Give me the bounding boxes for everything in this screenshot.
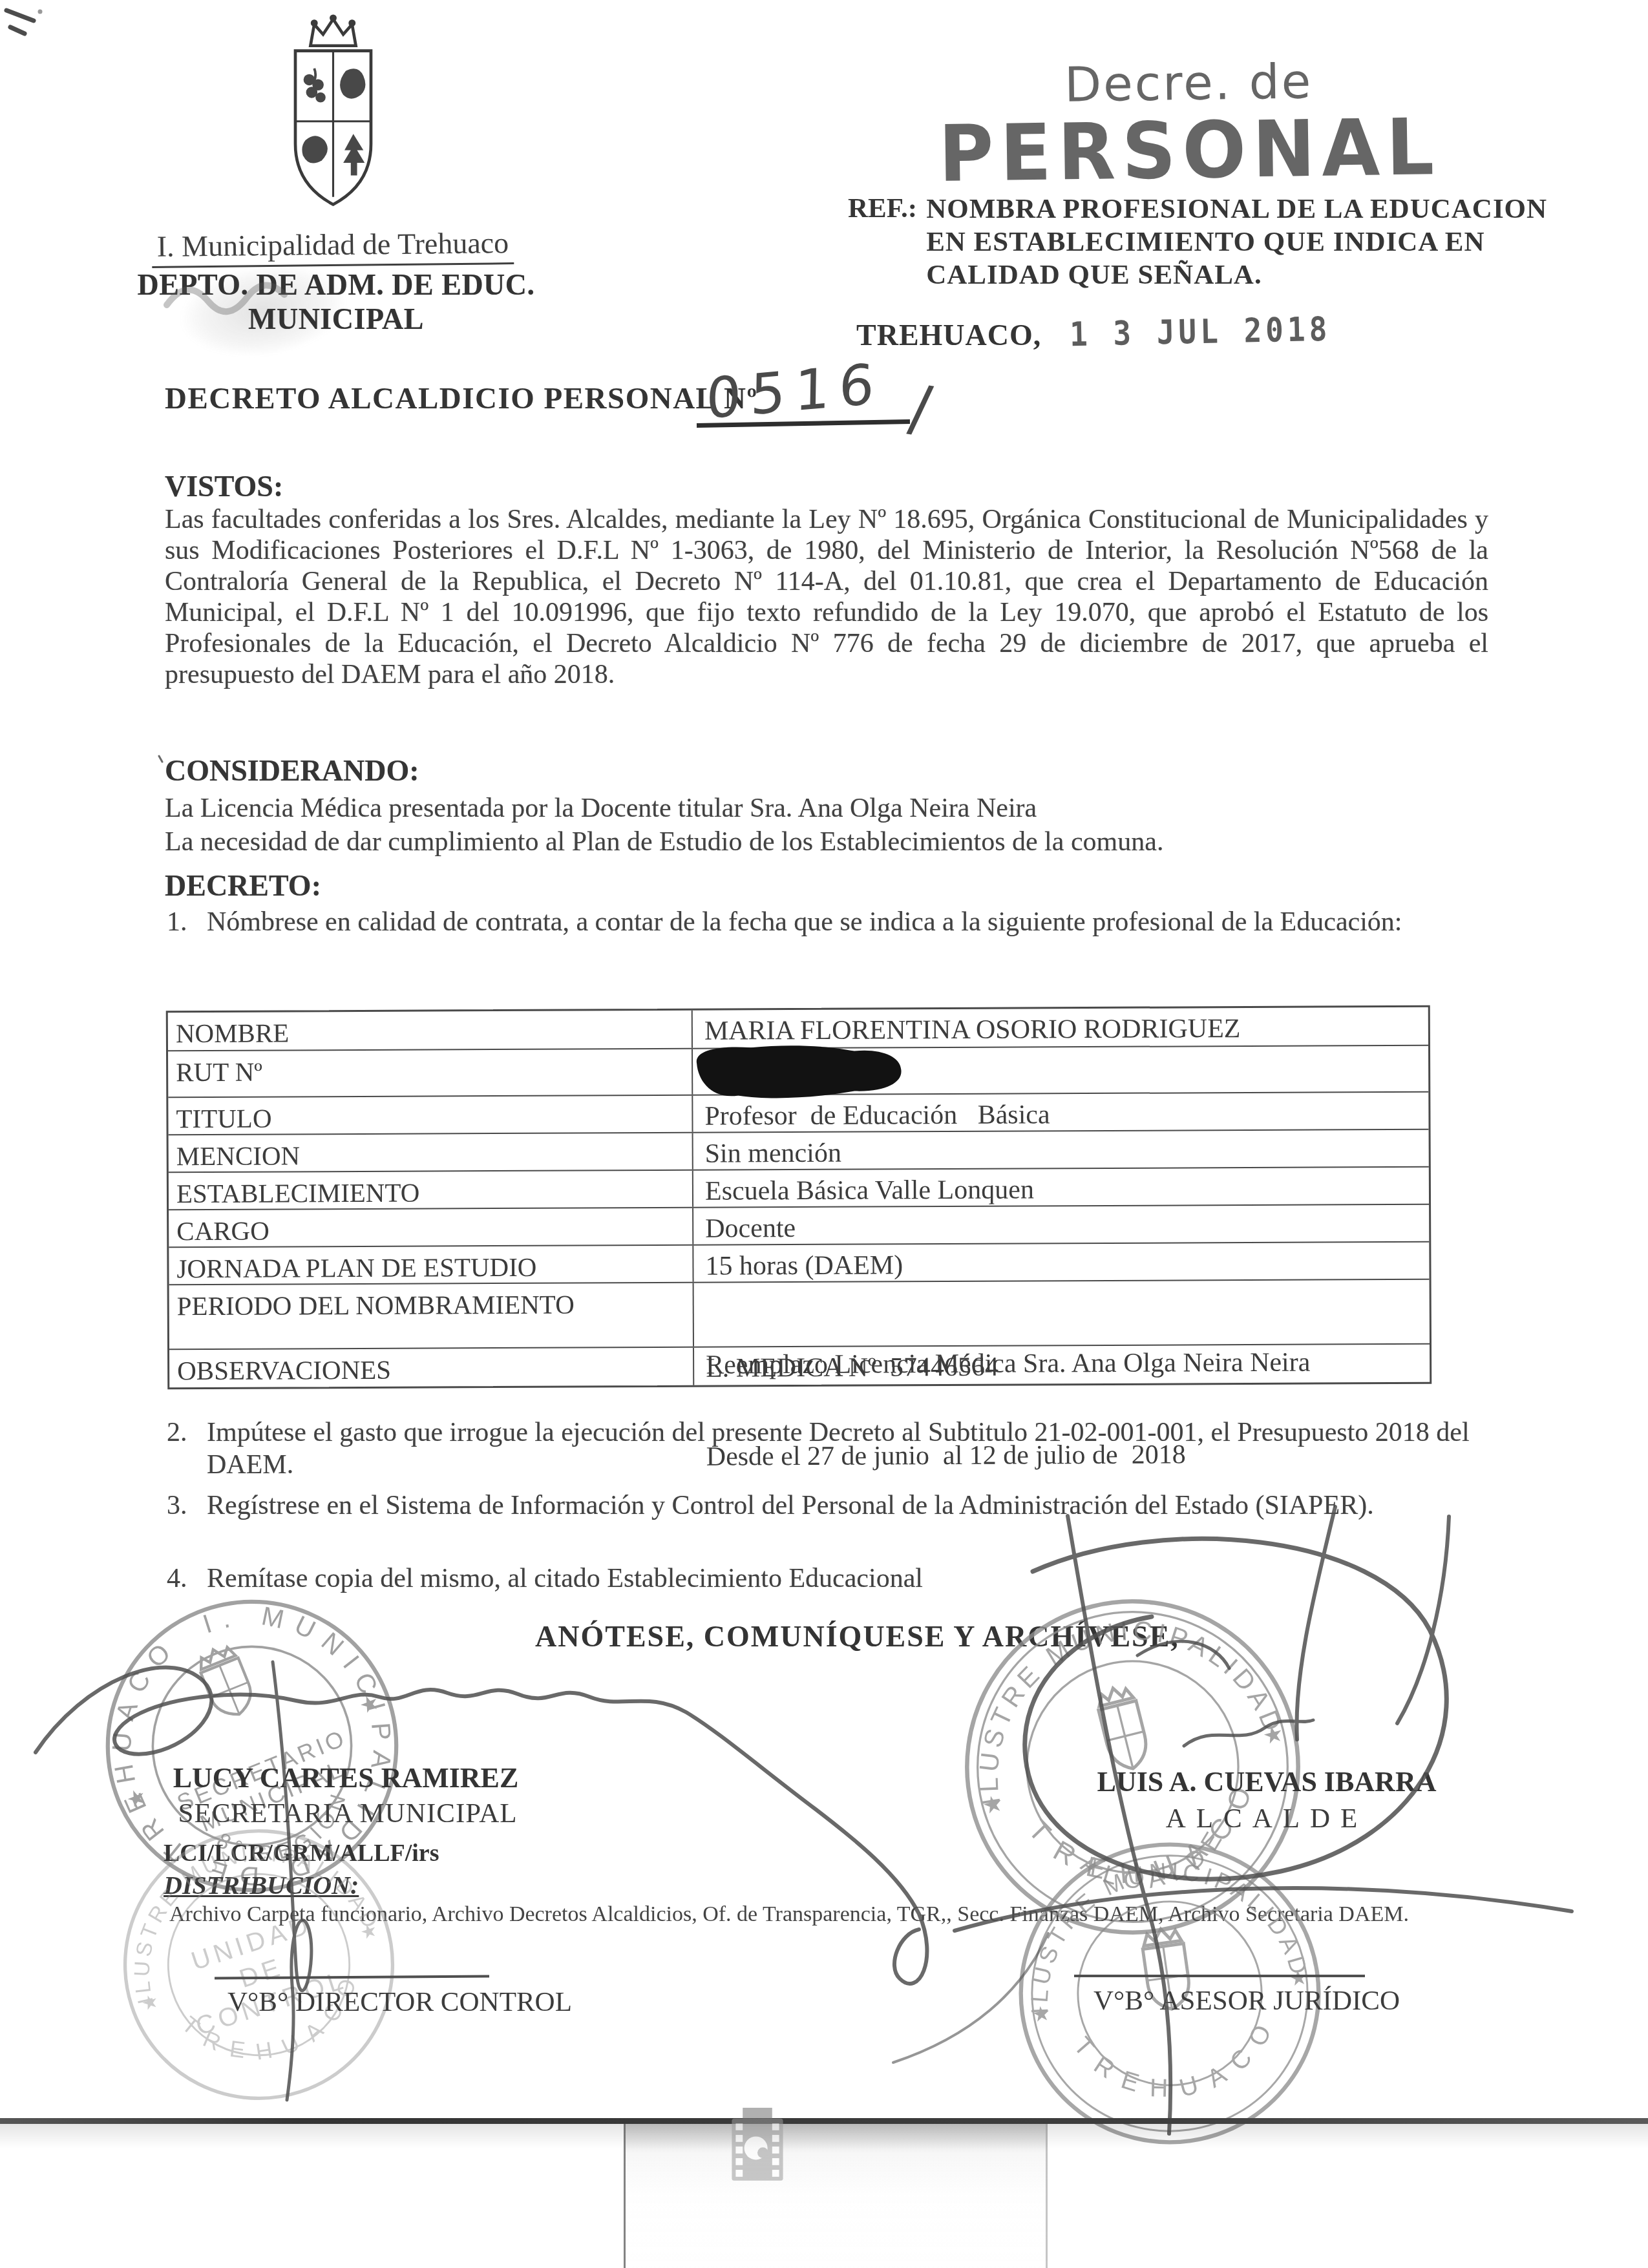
stamp-shield-icon xyxy=(195,1642,258,1722)
row-label: TITULO xyxy=(168,1096,693,1135)
scan-edge-band xyxy=(0,2118,1648,2124)
flourish-arc xyxy=(893,1933,1048,2063)
decreto-item-4: 4. Remítase copia del mismo, al citado E… xyxy=(167,1562,1488,1595)
alcalde-title: ALCALDE xyxy=(1057,1803,1477,1834)
item-number: 3. xyxy=(167,1489,207,1522)
decreto-heading: DECRETO: xyxy=(165,868,321,903)
table-row: ESTABLECIMIENTOEscuela Básica Valle Lonq… xyxy=(169,1166,1429,1210)
vistos-body: Las facultades conferidas a los Sres. Al… xyxy=(165,504,1488,690)
stamp-star-icon: ★ xyxy=(980,1790,1006,1820)
item-number: 4. xyxy=(167,1562,207,1595)
row-label: MENCION xyxy=(169,1133,693,1172)
decreto-item-3: 3. Regístrese en el Sistema de Informaci… xyxy=(167,1489,1488,1522)
vistos-heading: VISTOS: xyxy=(165,469,283,503)
scan-column-artifact xyxy=(624,2124,1048,2268)
stamp-star-icon: ★ xyxy=(1031,2001,1052,2027)
ref-line: NOMBRA PROFESIONAL DE LA EDUCACION xyxy=(926,193,1547,226)
scanned-decree-page: I. Municipalidad de Trehuaco DEPTO. DE A… xyxy=(0,0,1648,2268)
clerk-initials: LCI/LCR/GRM/ALLF/irs xyxy=(164,1839,439,1867)
distribution-list: Archivo Carpeta funcionario, Archivo Dec… xyxy=(169,1902,1409,1927)
table-row: JORNADA PLAN DE ESTUDIO15 horas (DAEM) xyxy=(169,1241,1429,1285)
item-text: Impútese el gasto que irrogue la ejecuci… xyxy=(207,1416,1488,1481)
table-row: CARGODocente xyxy=(169,1204,1429,1247)
stamp-star-icon: ★ xyxy=(1260,1720,1286,1750)
closing-formula: ANÓTESE, COMUNÍQUESE Y ARCHÍVESE, xyxy=(535,1619,1179,1654)
table-row: OBSERVACIONESL. MEDICA Nº 57446564 xyxy=(169,1343,1430,1388)
row-value xyxy=(693,1046,1428,1095)
vb-control-label: V°B° DIRECTOR CONTROL xyxy=(227,1986,572,2018)
row-value: Docente xyxy=(693,1205,1429,1244)
vb-control-line xyxy=(215,1975,489,1980)
row-label: RUT Nº xyxy=(168,1049,693,1097)
municipality-name-text: I. Municipalidad de Trehuaco xyxy=(152,226,514,268)
row-value: Profesor de Educación Básica xyxy=(693,1093,1428,1132)
row-label: JORNADA PLAN DE ESTUDIO xyxy=(169,1246,693,1285)
table-row: RUT Nº xyxy=(168,1045,1428,1097)
personal-type-stamp: Decre. de PERSONAL xyxy=(936,52,1442,198)
ref-line: CALIDAD QUE SEÑALA. xyxy=(926,258,1547,291)
row-value: L. MEDICA Nº 57446564 xyxy=(694,1345,1430,1385)
table-row: PERIODO DEL NOMBRAMIENTO Reemplazo Licen… xyxy=(169,1279,1430,1349)
row-label: CARGO xyxy=(169,1208,693,1247)
distribution-label: DISTRIBUCION: xyxy=(164,1870,359,1900)
vb-juridico-label: V°B° ASESOR JURÍDICO xyxy=(1093,1985,1400,2017)
table-row: TITULOProfesor de Educación Básica xyxy=(168,1091,1428,1135)
stamp-coat-of-arms-icon xyxy=(1094,1684,1152,1774)
row-value: Escuela Básica Valle Lonquen xyxy=(693,1168,1429,1207)
appointment-table: NOMBREMARIA FLORENTINA OSORIO RODRIGUEZ … xyxy=(166,1005,1432,1390)
row-label: NOMBRE xyxy=(168,1011,693,1051)
item-text: Nómbrese en calidad de contrata, a conta… xyxy=(207,906,1488,938)
unidad-control-stamp: ILUSTRE MUNICIPALIDAD TREHUACO UNIDAD DE… xyxy=(78,1783,440,2146)
decreto-item-2: 2. Impútese el gasto que irrogue la ejec… xyxy=(167,1416,1488,1481)
department-name: DEPTO. DE ADM. DE EDUC. MUNICIPAL xyxy=(90,268,582,336)
secretaria-name: LUCY CARTES RAMIREZ xyxy=(165,1761,527,1794)
vb-juridico-line xyxy=(1074,1975,1365,1977)
stamp-star-icon: ★ xyxy=(139,1991,162,2015)
alcalde-signature-stroke xyxy=(1397,1517,1449,1723)
item-text: Remítase copia del mismo, al citado Esta… xyxy=(207,1562,1488,1595)
stamp-star-icon: ★ xyxy=(123,1784,151,1814)
alcalde-signature-stroke xyxy=(1296,1507,1335,1739)
scan-specks xyxy=(0,0,103,78)
secretaria-title: SECRETARIA MUNICIPAL xyxy=(173,1798,522,1829)
decreto-item-1: 1. Nómbrese en calidad de contrata, a co… xyxy=(167,906,1488,938)
municipal-coat-of-arms xyxy=(270,8,396,222)
ref-block: REF.: NOMBRA PROFESIONAL DE LA EDUCACION… xyxy=(848,193,1547,291)
row-value: Sin mención xyxy=(693,1130,1429,1170)
row-label: ESTABLECIMIENTO xyxy=(169,1171,693,1210)
stamp-star-icon: ★ xyxy=(356,1690,383,1719)
table-row: MENCIONSin mención xyxy=(169,1129,1429,1172)
item-number: 2. xyxy=(167,1416,207,1481)
row-value: Reemplazo Licencia Médica Sra. Ana Olga … xyxy=(694,1280,1430,1347)
city-label: TREHUACO, xyxy=(856,318,1041,352)
svg-text:TREHUACO: TREHUACO xyxy=(1066,2005,1293,2118)
handwritten-slash: / xyxy=(905,371,936,445)
tick-mark xyxy=(159,756,162,762)
row-label: PERIODO DEL NOMBRAMIENTO xyxy=(169,1283,694,1349)
alcalde-name: LUIS A. CUEVAS IBARRA xyxy=(1057,1765,1477,1798)
considerando-heading: CONSIDERANDO: xyxy=(165,753,419,788)
ref-label: REF.: xyxy=(848,193,917,291)
row-label: OBSERVACIONES xyxy=(169,1348,694,1388)
decree-number-label: DECRETO ALCALDICIO PERSONAL Nº xyxy=(165,381,758,416)
row-value: 15 horas (DAEM) xyxy=(693,1243,1429,1282)
considerando-line: La necesidad de dar cumplimiento al Plan… xyxy=(165,826,1486,858)
date-stamp: 1 3 JUL 2018 xyxy=(1069,310,1331,354)
ref-line: EN ESTABLECIMIENTO QUE INDICA EN xyxy=(926,226,1547,258)
considerando-line: La Licencia Médica presentada por la Doc… xyxy=(165,792,1486,824)
film-strip-icon xyxy=(732,2108,783,2185)
stamp-line-personal: PERSONAL xyxy=(937,102,1442,200)
item-text: Regístrese en el Sistema de Información … xyxy=(207,1489,1488,1522)
alcalde-signature-wave xyxy=(1184,1720,1313,1746)
item-number: 1. xyxy=(167,906,207,938)
municipality-name: I. Municipalidad de Trehuaco xyxy=(97,225,569,269)
